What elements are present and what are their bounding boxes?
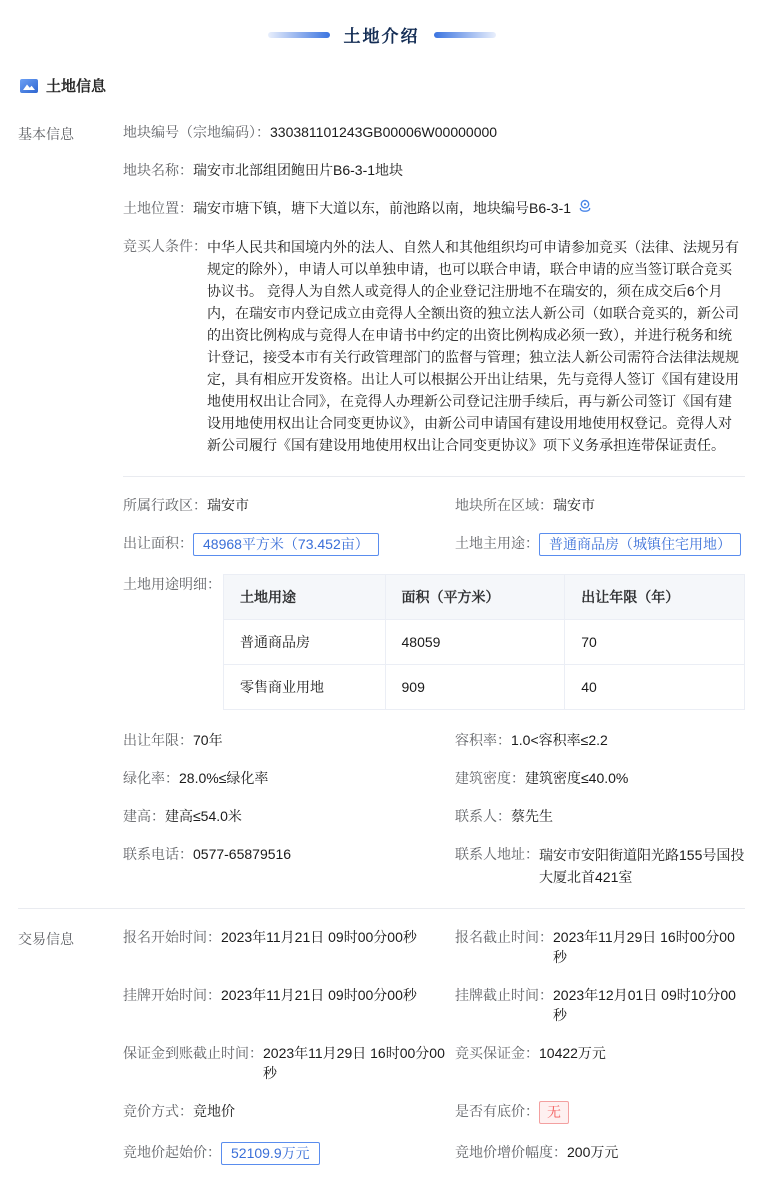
field-value: 2023年11月21日 09时00分00秒 — [221, 985, 417, 1005]
field-label: 联系人地址： — [455, 844, 539, 864]
field-label: 竞买保证金： — [455, 1043, 539, 1063]
field-admin-region: 所属行政区： 瑞安市 — [123, 495, 455, 515]
field-label: 报名截止时间： — [455, 927, 553, 947]
trade-info-group: 交易信息 报名开始时间： 2023年11月21日 09时00分00秒 报名截止时… — [18, 908, 745, 1165]
page-title-text: 土地介绍 — [344, 22, 420, 47]
field-main-use: 土地主用途： 普通商品房（城镇住宅用地） — [455, 533, 745, 556]
field-bidder-conditions: 竞买人条件： 中华人民共和国境内外的法人、自然人和其他组织均可申请参加竞买（法律… — [123, 236, 745, 456]
col-header-years: 出让年限（年） — [565, 575, 745, 620]
field-start-price: 竞地价起始价： 52109.9万元 — [123, 1142, 455, 1165]
field-building-height: 建高： 建高≤54.0米 — [123, 806, 455, 826]
field-label: 保证金到账截止时间： — [123, 1043, 263, 1063]
field-label: 地块所在区域： — [455, 495, 553, 515]
field-label: 地块名称： — [123, 160, 193, 180]
field-value: 0577-65879516 — [193, 844, 291, 864]
field-label: 出让年限： — [123, 730, 193, 750]
transfer-area-badge: 48968平方米（73.452亩） — [193, 533, 379, 556]
field-label: 地块编号（宗地编码）： — [123, 122, 270, 142]
field-label: 容积率： — [455, 730, 511, 750]
field-label: 建高： — [123, 806, 165, 826]
field-value: 2023年11月29日 16时00分00秒 — [553, 927, 745, 967]
section-divider — [123, 476, 745, 477]
field-value: 1.0<容积率≤2.2 — [511, 730, 608, 750]
field-plot-ratio: 容积率： 1.0<容积率≤2.2 — [455, 730, 745, 750]
field-label: 挂牌截止时间： — [455, 985, 553, 1005]
field-increment: 竞地价增价幅度： 200万元 — [455, 1142, 745, 1162]
table-row: 普通商品房 48059 70 — [224, 620, 745, 665]
field-value: 瑞安市 — [207, 495, 249, 515]
field-label: 建筑密度： — [455, 768, 525, 788]
field-value: 200万元 — [567, 1142, 618, 1162]
field-value: 瑞安市塘下镇，塘下大道以东，前池路以南，地块编号B6-3-1 — [193, 198, 571, 218]
cell-use: 零售商业用地 — [224, 665, 386, 710]
field-label: 挂牌开始时间： — [123, 985, 221, 1005]
col-header-use: 土地用途 — [224, 575, 386, 620]
field-label: 竞地价起始价： — [123, 1142, 221, 1162]
basic-info-group: 基本信息 地块编号（宗地编码）： 330381101243GB00006W000… — [18, 122, 745, 906]
field-label: 土地用途明细： — [123, 574, 221, 594]
field-deposit-deadline: 保证金到账截止时间： 2023年11月29日 16时00分00秒 — [123, 1043, 455, 1083]
field-parcel-region: 地块所在区域： 瑞安市 — [455, 495, 745, 515]
field-label: 是否有底价： — [455, 1101, 539, 1121]
field-value: 70年 — [193, 730, 223, 750]
field-label: 竞地价增价幅度： — [455, 1142, 567, 1162]
section-header: 土地信息 — [20, 75, 745, 96]
field-contact-phone: 联系电话： 0577-65879516 — [123, 844, 455, 864]
cell-years: 40 — [565, 665, 745, 710]
field-value: 330381101243GB00006W00000000 — [270, 122, 497, 142]
field-value: 2023年11月29日 16时00分00秒 — [263, 1043, 445, 1083]
main-use-badge: 普通商品房（城镇住宅用地） — [539, 533, 741, 556]
field-label: 土地主用途： — [455, 533, 539, 553]
field-value: 中华人民共和国境内外的法人、自然人和其他组织均可申请参加竞买（法律、法规另有规定… — [207, 236, 745, 456]
field-label: 土地位置： — [123, 198, 193, 218]
start-price-badge: 52109.9万元 — [221, 1142, 320, 1165]
field-bid-deposit: 竞买保证金： 10422万元 — [455, 1043, 745, 1063]
field-parcel-name: 地块名称： 瑞安市北部组团鲍田片B6-3-1地块 — [123, 160, 745, 180]
field-use-detail: 土地用途明细： 土地用途 面积（平方米） 出让年限（年） 普通商品房 48059 — [123, 574, 745, 710]
group-label-trade: 交易信息 — [18, 927, 123, 949]
cell-years: 70 — [565, 620, 745, 665]
page-title: 土地介绍 — [18, 22, 745, 47]
title-decoration-right — [434, 32, 496, 38]
field-value: 2023年12月01日 09时10分00秒 — [553, 985, 745, 1025]
field-value: 竞地价 — [193, 1101, 235, 1121]
cell-area: 48059 — [385, 620, 565, 665]
section-title: 土地信息 — [46, 75, 106, 96]
land-intro-page: 土地介绍 土地信息 基本信息 地块编号（宗地编码）： 330 — [0, 0, 761, 1189]
field-transfer-years: 出让年限： 70年 — [123, 730, 455, 750]
field-label: 竞买人条件： — [123, 236, 207, 256]
field-listing-start: 挂牌开始时间： 2023年11月21日 09时00分00秒 — [123, 985, 455, 1005]
table-header-row: 土地用途 面积（平方米） 出让年限（年） — [224, 575, 745, 620]
field-listing-end: 挂牌截止时间： 2023年12月01日 09时10分00秒 — [455, 985, 745, 1025]
field-label: 联系电话： — [123, 844, 193, 864]
field-contact-address: 联系人地址： 瑞安市安阳街道阳光路155号国投大厦北首421室 — [455, 844, 745, 888]
field-signup-start: 报名开始时间： 2023年11月21日 09时00分00秒 — [123, 927, 455, 947]
field-label: 联系人： — [455, 806, 511, 826]
field-value: 建高≤54.0米 — [165, 806, 242, 826]
title-decoration-left — [268, 32, 330, 38]
field-value: 蔡先生 — [511, 806, 553, 826]
field-green-ratio: 绿化率： 28.0%≤绿化率 — [123, 768, 455, 788]
field-value: 瑞安市安阳街道阳光路155号国投大厦北首421室 — [539, 844, 745, 888]
field-value: 10422万元 — [539, 1043, 606, 1063]
field-location: 土地位置： 瑞安市塘下镇，塘下大道以东，前池路以南，地块编号B6-3-1 — [123, 198, 745, 218]
cell-area: 909 — [385, 665, 565, 710]
field-parcel-code: 地块编号（宗地编码）： 330381101243GB00006W00000000 — [123, 122, 745, 142]
col-header-area: 面积（平方米） — [385, 575, 565, 620]
field-label: 所属行政区： — [123, 495, 207, 515]
field-value: 28.0%≤绿化率 — [179, 768, 268, 788]
reserve-price-badge: 无 — [539, 1101, 569, 1124]
field-label: 报名开始时间： — [123, 927, 221, 947]
field-value: 建筑密度≤40.0% — [525, 768, 628, 788]
field-transfer-area: 出让面积： 48968平方米（73.452亩） — [123, 533, 455, 556]
field-signup-end: 报名截止时间： 2023年11月29日 16时00分00秒 — [455, 927, 745, 967]
group-label-basic: 基本信息 — [18, 122, 123, 144]
field-contact-person: 联系人： 蔡先生 — [455, 806, 745, 826]
land-use-table: 土地用途 面积（平方米） 出让年限（年） 普通商品房 48059 70 零售商业… — [223, 574, 745, 710]
field-label: 绿化率： — [123, 768, 179, 788]
table-row: 零售商业用地 909 40 — [224, 665, 745, 710]
field-has-reserve-price: 是否有底价： 无 — [455, 1101, 745, 1124]
location-pin-icon[interactable] — [577, 198, 593, 214]
field-value: 瑞安市北部组团鲍田片B6-3-1地块 — [193, 160, 403, 180]
field-value: 瑞安市 — [553, 495, 595, 515]
field-label: 出让面积： — [123, 533, 193, 553]
cell-use: 普通商品房 — [224, 620, 386, 665]
field-label: 竞价方式： — [123, 1101, 193, 1121]
field-bid-method: 竞价方式： 竞地价 — [123, 1101, 455, 1121]
field-value: 2023年11月21日 09时00分00秒 — [221, 927, 417, 947]
land-image-icon — [20, 79, 38, 93]
field-building-density: 建筑密度： 建筑密度≤40.0% — [455, 768, 745, 788]
